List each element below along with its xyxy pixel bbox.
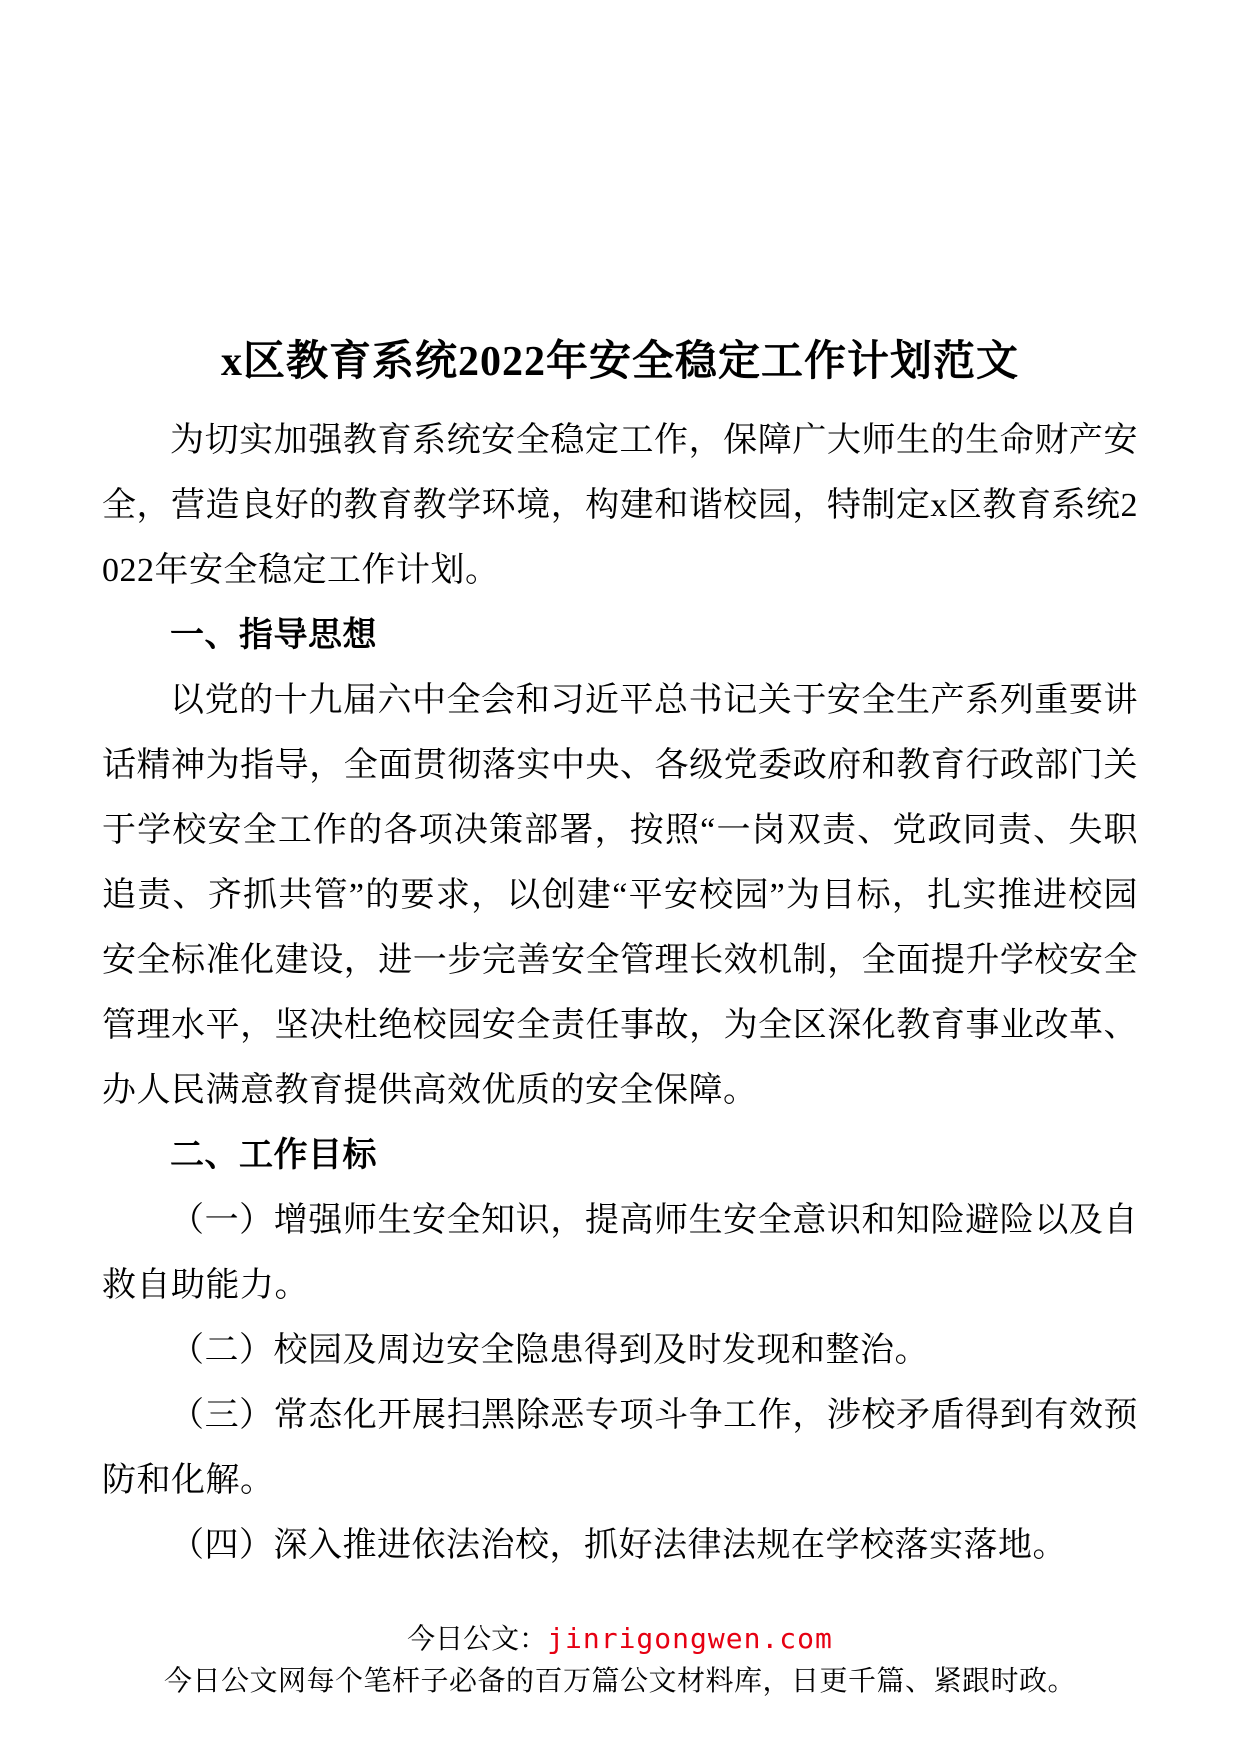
footer-site-url[interactable]: jinrigongwen.com <box>547 1622 833 1655</box>
paragraph-guiding-ideology: 以党的十九届六中全会和习近平总书记关于安全生产系列重要讲话精神为指导，全面贯彻落… <box>102 668 1138 1123</box>
footer-site-line: 今日公文：jinrigongwen.com <box>0 1618 1240 1660</box>
goal-item-2: （二）校园及周边安全隐患得到及时发现和整治。 <box>102 1318 1138 1383</box>
heading-guiding-ideology: 一、指导思想 <box>102 603 1138 668</box>
page-footer: 今日公文：jinrigongwen.com 今日公文网每个笔杆子必备的百万篇公文… <box>0 1618 1240 1702</box>
heading-work-goals: 二、工作目标 <box>102 1123 1138 1188</box>
goal-item-3: （三）常态化开展扫黑除恶专项斗争工作，涉校矛盾得到有效预防和化解。 <box>102 1383 1138 1513</box>
footer-tagline: 今日公文网每个笔杆子必备的百万篇公文材料库，日更千篇、紧跟时政。 <box>0 1660 1240 1702</box>
document-title: x区教育系统2022年安全稳定工作计划范文 <box>102 338 1138 386</box>
goal-item-4: （四）深入推进依法治校，抓好法律法规在学校落实落地。 <box>102 1513 1138 1578</box>
document-page: x区教育系统2022年安全稳定工作计划范文 为切实加强教育系统安全稳定工作，保障… <box>0 0 1240 1754</box>
document-body: x区教育系统2022年安全稳定工作计划范文 为切实加强教育系统安全稳定工作，保障… <box>102 338 1138 1578</box>
footer-site-label: 今日公文： <box>407 1623 547 1654</box>
paragraph-intro: 为切实加强教育系统安全稳定工作，保障广大师生的生命财产安全，营造良好的教育教学环… <box>102 408 1138 603</box>
goal-item-1: （一）增强师生安全知识，提高师生安全意识和知险避险以及自救自助能力。 <box>102 1188 1138 1318</box>
